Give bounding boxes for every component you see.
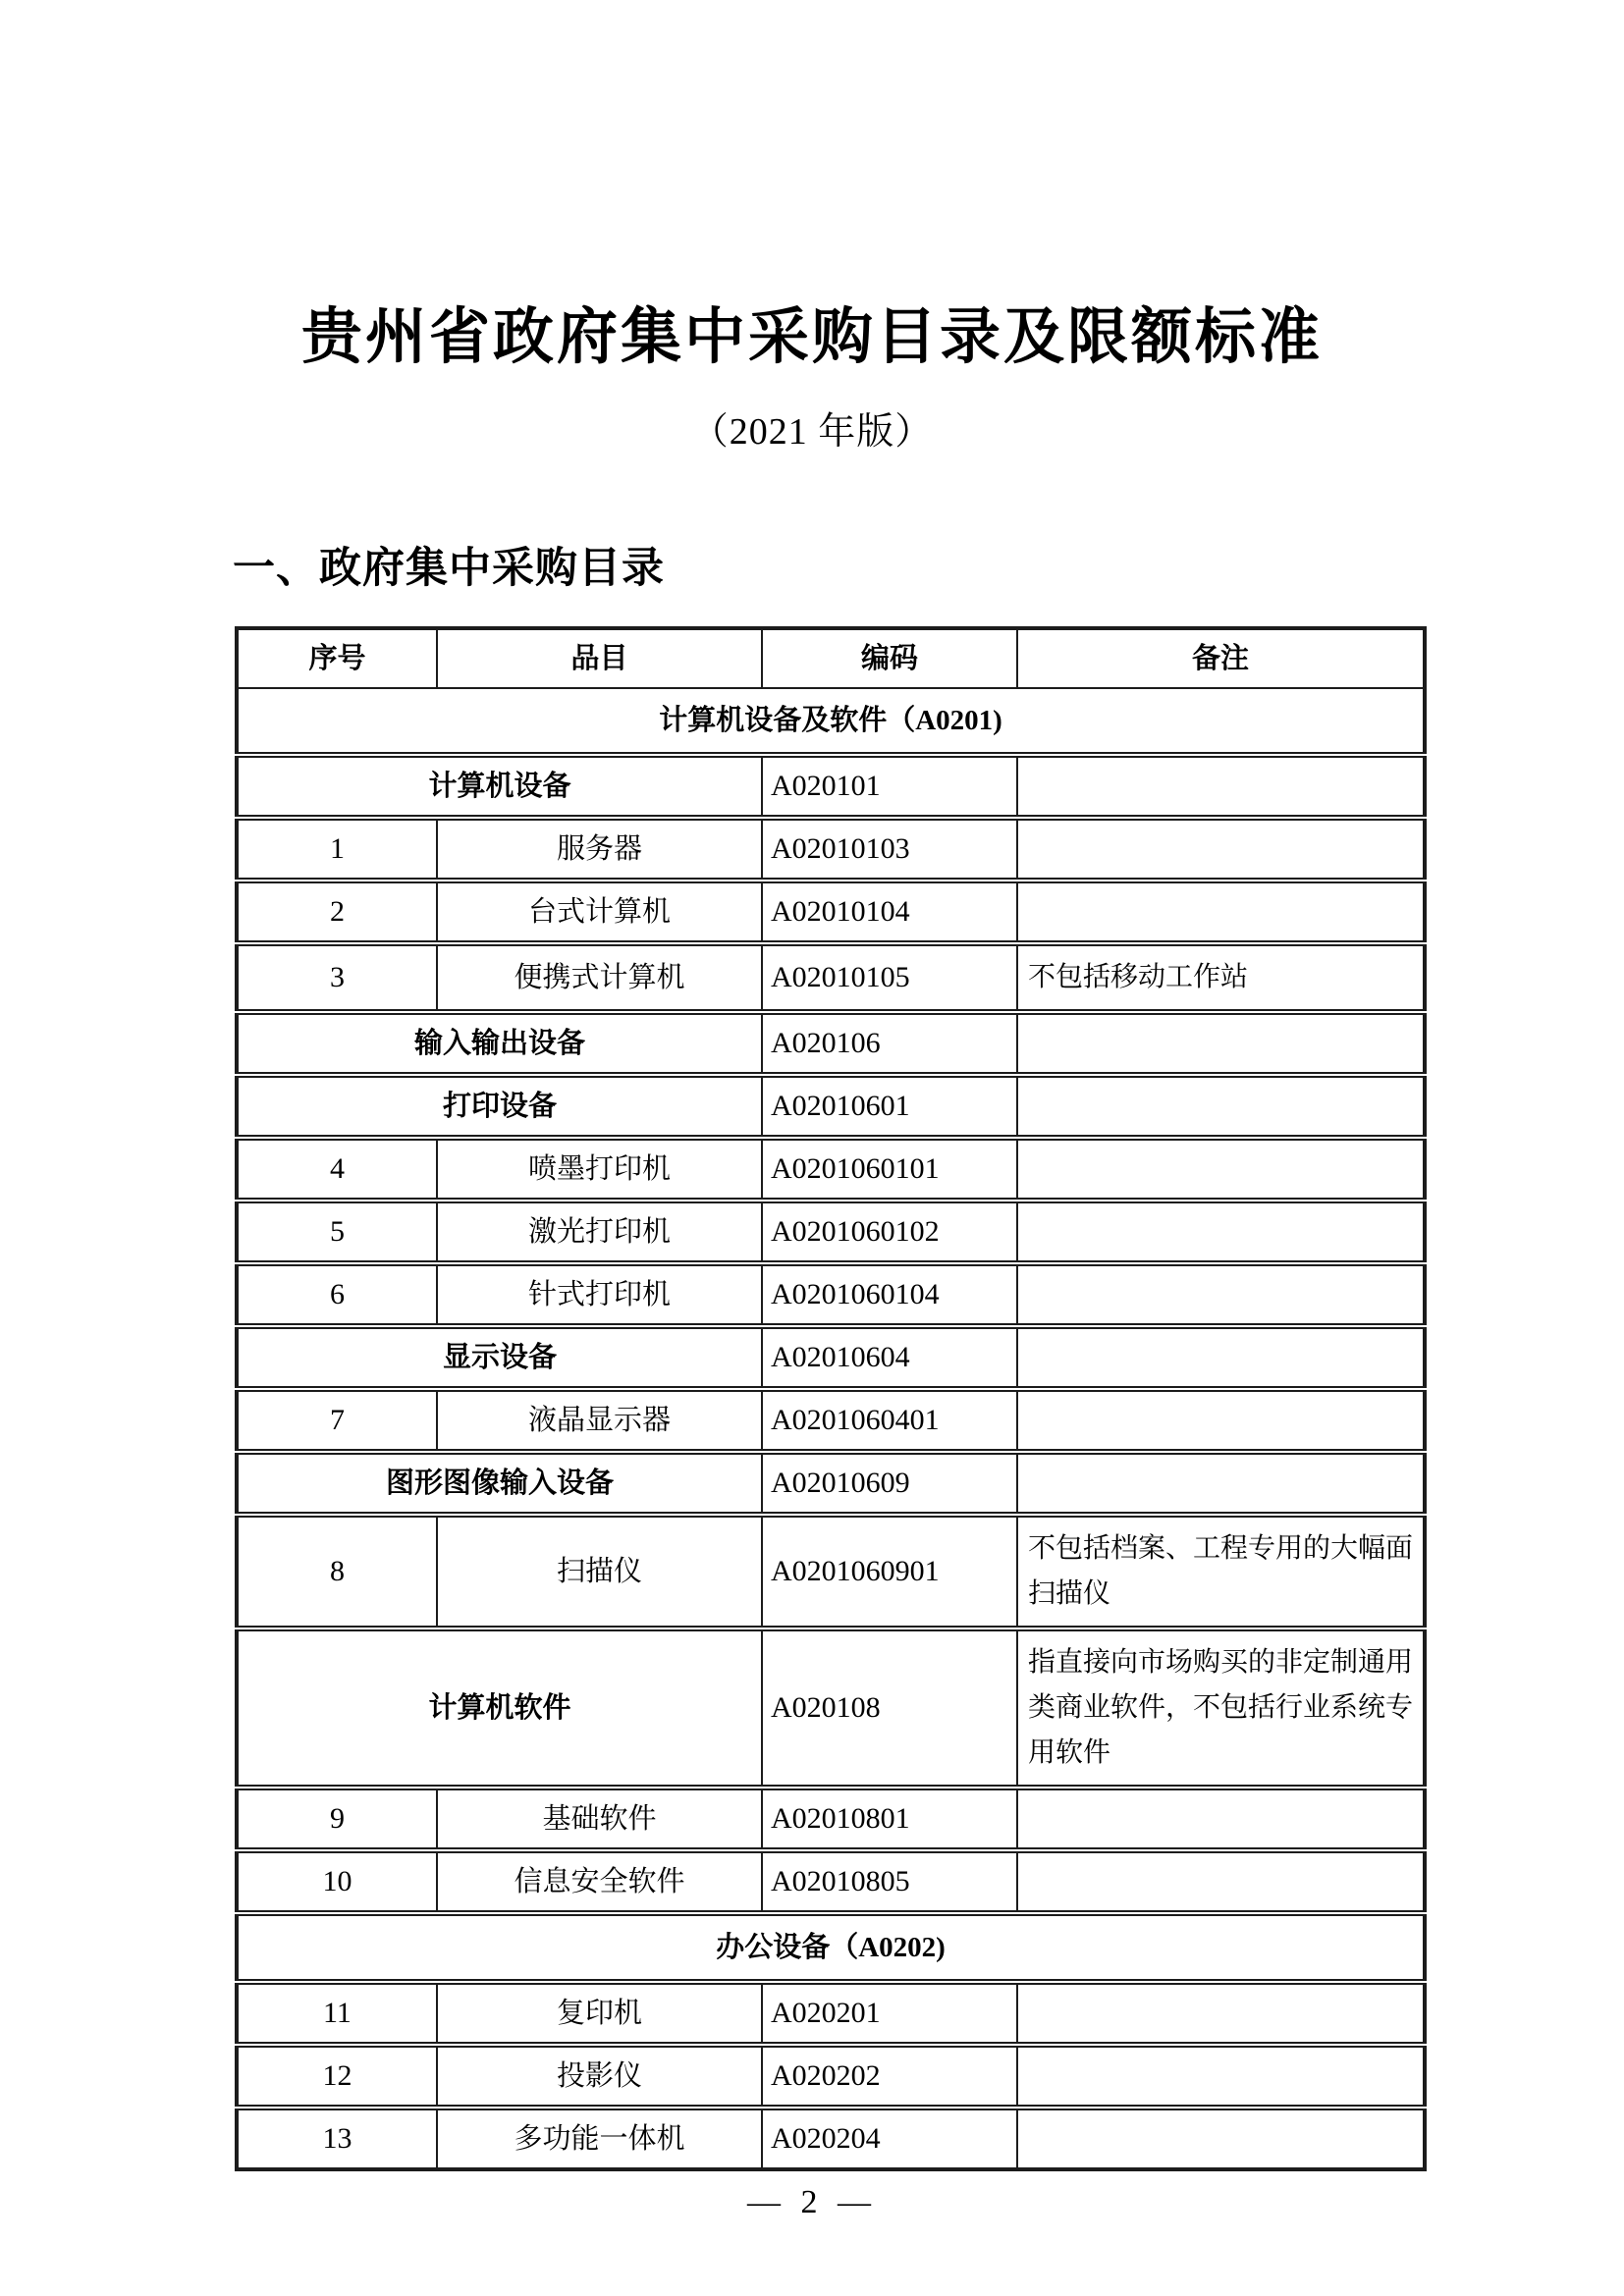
column-header-code: 编码 <box>762 628 1017 688</box>
column-header-note: 备注 <box>1017 628 1425 688</box>
category-name-cell: 计算机设备 <box>237 755 762 818</box>
table-category-row: 显示设备A02010604 <box>237 1326 1425 1389</box>
item-name-cell: 服务器 <box>437 818 762 881</box>
code-cell: A02010103 <box>762 818 1017 881</box>
note-cell <box>1017 2045 1425 2108</box>
row-number-cell: 13 <box>237 2108 437 2169</box>
row-number-cell: 1 <box>237 818 437 881</box>
code-cell: A02010601 <box>762 1075 1017 1138</box>
table-body: 计算机设备及软件（A0201)计算机设备A0201011服务器A02010103… <box>237 688 1425 2169</box>
note-cell <box>1017 1982 1425 2045</box>
table-category-row: 打印设备A02010601 <box>237 1075 1425 1138</box>
note-cell <box>1017 1788 1425 1850</box>
table-category-row: 计算机软件A020108指直接向市场购买的非定制通用类商业软件，不包括行业系统专… <box>237 1629 1425 1788</box>
table-category-row: 计算机设备A020101 <box>237 755 1425 818</box>
document-subtitle: （2021 年版） <box>0 400 1624 454</box>
note-cell <box>1017 1012 1425 1075</box>
note-cell <box>1017 1452 1425 1515</box>
code-cell: A0201060102 <box>762 1201 1017 1263</box>
table-item-row: 10信息安全软件A02010805 <box>237 1850 1425 1913</box>
procurement-catalog-table: 序号品目编码备注 计算机设备及软件（A0201)计算机设备A0201011服务器… <box>235 626 1427 2171</box>
column-header-item: 品目 <box>437 628 762 688</box>
code-cell: A0201060101 <box>762 1138 1017 1201</box>
table-header: 序号品目编码备注 <box>237 628 1425 688</box>
note-cell <box>1017 2108 1425 2169</box>
table-header-row: 序号品目编码备注 <box>237 628 1425 688</box>
table-item-row: 11复印机A020201 <box>237 1982 1425 2045</box>
code-cell: A020106 <box>762 1012 1017 1075</box>
code-cell: A020108 <box>762 1629 1017 1788</box>
code-cell: A0201060401 <box>762 1389 1017 1452</box>
item-name-cell: 投影仪 <box>437 2045 762 2108</box>
row-number-cell: 3 <box>237 943 437 1012</box>
row-number-cell: 5 <box>237 1201 437 1263</box>
code-cell: A02010105 <box>762 943 1017 1012</box>
item-name-cell: 基础软件 <box>437 1788 762 1850</box>
document-title: 贵州省政府集中采购目录及限额标准 <box>0 0 1624 371</box>
table-item-row: 3便携式计算机A02010105不包括移动工作站 <box>237 943 1425 1012</box>
category-name-cell: 打印设备 <box>237 1075 762 1138</box>
note-cell <box>1017 1263 1425 1326</box>
item-name-cell: 多功能一体机 <box>437 2108 762 2169</box>
table-section-row: 办公设备（A0202) <box>237 1913 1425 1982</box>
row-number-cell: 11 <box>237 1982 437 2045</box>
code-cell: A02010801 <box>762 1788 1017 1850</box>
page-number: — 2 — <box>0 2184 1624 2221</box>
code-cell: A02010604 <box>762 1326 1017 1389</box>
item-name-cell: 台式计算机 <box>437 881 762 943</box>
note-cell: 指直接向市场购买的非定制通用类商业软件，不包括行业系统专用软件 <box>1017 1629 1425 1788</box>
row-number-cell: 9 <box>237 1788 437 1850</box>
row-number-cell: 7 <box>237 1389 437 1452</box>
table-item-row: 5激光打印机A0201060102 <box>237 1201 1425 1263</box>
note-cell <box>1017 1850 1425 1913</box>
item-name-cell: 液晶显示器 <box>437 1389 762 1452</box>
item-name-cell: 扫描仪 <box>437 1515 762 1629</box>
table-item-row: 6针式打印机A0201060104 <box>237 1263 1425 1326</box>
table-item-row: 13多功能一体机A020204 <box>237 2108 1425 2169</box>
document-page: 贵州省政府集中采购目录及限额标准 （2021 年版） 一、政府集中采购目录 序号… <box>0 0 1624 2296</box>
note-cell <box>1017 818 1425 881</box>
table-item-row: 2台式计算机A02010104 <box>237 881 1425 943</box>
section-label-cell: 计算机设备及软件（A0201) <box>237 688 1425 755</box>
row-number-cell: 2 <box>237 881 437 943</box>
table-item-row: 12投影仪A020202 <box>237 2045 1425 2108</box>
note-cell <box>1017 755 1425 818</box>
row-number-cell: 10 <box>237 1850 437 1913</box>
table-category-row: 输入输出设备A020106 <box>237 1012 1425 1075</box>
item-name-cell: 便携式计算机 <box>437 943 762 1012</box>
note-cell <box>1017 881 1425 943</box>
item-name-cell: 激光打印机 <box>437 1201 762 1263</box>
note-cell <box>1017 1326 1425 1389</box>
table-item-row: 8扫描仪A0201060901不包括档案、工程专用的大幅面扫描仪 <box>237 1515 1425 1629</box>
section-heading: 一、政府集中采购目录 <box>233 535 1624 595</box>
code-cell: A020101 <box>762 755 1017 818</box>
note-cell <box>1017 1138 1425 1201</box>
category-name-cell: 计算机软件 <box>237 1629 762 1788</box>
table-item-row: 1服务器A02010103 <box>237 818 1425 881</box>
category-name-cell: 输入输出设备 <box>237 1012 762 1075</box>
code-cell: A02010805 <box>762 1850 1017 1913</box>
table-item-row: 9基础软件A02010801 <box>237 1788 1425 1850</box>
note-cell <box>1017 1201 1425 1263</box>
category-name-cell: 显示设备 <box>237 1326 762 1389</box>
table-category-row: 图形图像输入设备A02010609 <box>237 1452 1425 1515</box>
code-cell: A020204 <box>762 2108 1017 2169</box>
note-cell <box>1017 1389 1425 1452</box>
item-name-cell: 喷墨打印机 <box>437 1138 762 1201</box>
code-cell: A02010609 <box>762 1452 1017 1515</box>
category-name-cell: 图形图像输入设备 <box>237 1452 762 1515</box>
note-cell <box>1017 1075 1425 1138</box>
row-number-cell: 6 <box>237 1263 437 1326</box>
code-cell: A020202 <box>762 2045 1017 2108</box>
table-item-row: 7液晶显示器A0201060401 <box>237 1389 1425 1452</box>
row-number-cell: 8 <box>237 1515 437 1629</box>
item-name-cell: 信息安全软件 <box>437 1850 762 1913</box>
table-item-row: 4喷墨打印机A0201060101 <box>237 1138 1425 1201</box>
code-cell: A02010104 <box>762 881 1017 943</box>
table-section-row: 计算机设备及软件（A0201) <box>237 688 1425 755</box>
column-header-no: 序号 <box>237 628 437 688</box>
code-cell: A020201 <box>762 1982 1017 2045</box>
section-label-cell: 办公设备（A0202) <box>237 1913 1425 1982</box>
code-cell: A0201060104 <box>762 1263 1017 1326</box>
row-number-cell: 12 <box>237 2045 437 2108</box>
note-cell: 不包括移动工作站 <box>1017 943 1425 1012</box>
row-number-cell: 4 <box>237 1138 437 1201</box>
note-cell: 不包括档案、工程专用的大幅面扫描仪 <box>1017 1515 1425 1629</box>
code-cell: A0201060901 <box>762 1515 1017 1629</box>
item-name-cell: 针式打印机 <box>437 1263 762 1326</box>
item-name-cell: 复印机 <box>437 1982 762 2045</box>
